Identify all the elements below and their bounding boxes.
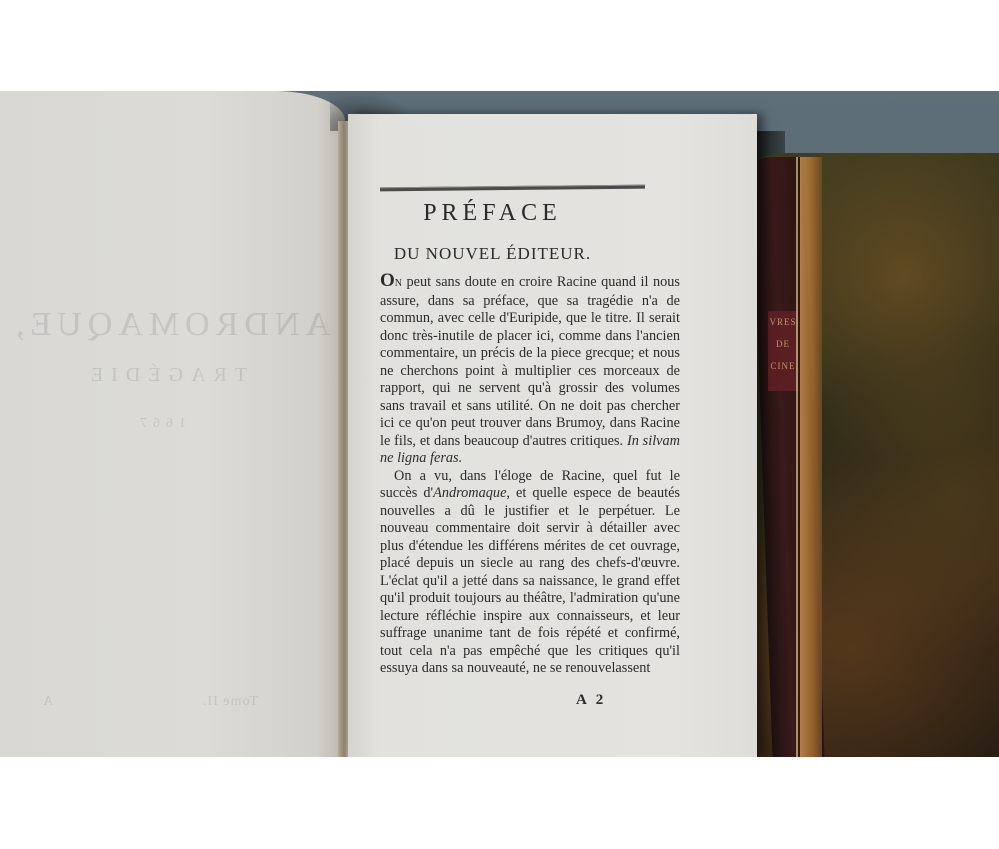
preface-subtitle: DU NOUVEL ÉDITEUR. <box>288 244 697 264</box>
paragraph-text: peut sans doute en croire Racine quand i… <box>380 274 680 449</box>
header-rule <box>380 185 645 192</box>
show-through-subtitle: TRAGÉDIE <box>60 364 270 387</box>
signature-mark: A 2 <box>576 692 606 709</box>
book-photograph: ANDROMAQUE, TRAGÉDIE 1667 Tome II. A VRE… <box>0 91 999 757</box>
show-through-tome: Tome II. <box>190 694 270 710</box>
paragraph-1: ON peut sans doute en croire Racine quan… <box>380 272 680 468</box>
left-page: ANDROMAQUE, TRAGÉDIE 1667 Tome II. A <box>0 91 345 757</box>
show-through-year: 1667 <box>110 416 210 432</box>
right-page: PRÉFACE DU NOUVEL ÉDITEUR. ON peut sans … <box>348 114 757 757</box>
spine-label-line: DE <box>768 333 798 355</box>
spine-label: VRES DE CINE <box>768 311 798 391</box>
show-through-title: ANDROMAQUE, <box>10 306 330 344</box>
spine-label-line: CINE <box>768 355 798 377</box>
drop-cap: O <box>380 270 395 291</box>
show-through-signature: A <box>30 694 60 710</box>
gilt-line <box>796 157 798 757</box>
preface-title: PRÉFACE <box>288 200 697 227</box>
paragraph-2: On a vu, dans l'éloge de Racine, quel fu… <box>380 468 680 678</box>
worn-spine-edge <box>800 157 822 757</box>
preface-body: ON peut sans doute en croire Racine quan… <box>380 272 680 678</box>
paragraph-text: , et quelle espece de beautés nouvelles … <box>380 485 680 676</box>
spine-label-line: VRES <box>768 311 798 333</box>
play-title: Andromaque <box>433 485 506 501</box>
small-cap: N <box>395 278 402 289</box>
